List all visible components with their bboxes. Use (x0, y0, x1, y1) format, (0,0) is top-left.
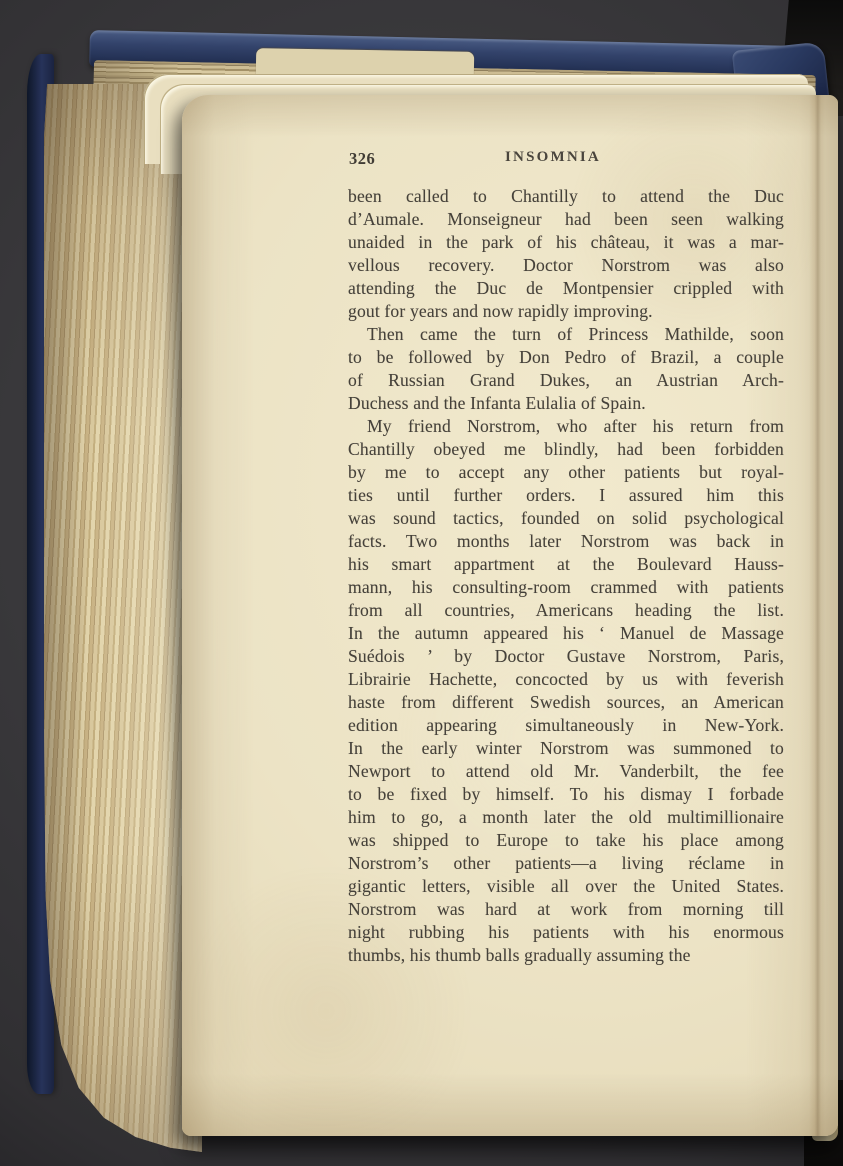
text-block: been called to Chantilly to attend the D… (348, 185, 784, 967)
text-line: to be fixed by himself. To his dismay I … (348, 783, 784, 806)
page-header: 326 INSOMNIA (348, 149, 784, 171)
text-line: Duchess and the Infanta Eulalia of Spain… (348, 392, 784, 415)
text-line: to be followed by Don Pedro of Brazil, a… (348, 346, 784, 369)
text-line: d’Aumale. Monseigneur had been seen walk… (348, 208, 784, 231)
text-line: Norstrom’s other patients—a living récla… (348, 852, 784, 875)
text-line: gout for years and now rapidly improving… (348, 300, 784, 323)
text-line: Newport to attend old Mr. Vanderbilt, th… (348, 760, 784, 783)
text-line: unaided in the park of his château, it w… (348, 231, 784, 254)
text-line: by me to accept any other patients but r… (348, 461, 784, 484)
paragraph: been called to Chantilly to attend the D… (348, 185, 784, 323)
text-line: Norstrom was hard at work from morning t… (348, 898, 784, 921)
text-line: Then came the turn of Princess Mathilde,… (348, 323, 784, 346)
text-line: edition appearing simultaneously in New-… (348, 714, 784, 737)
text-line: thumbs, his thumb balls gradually assumi… (348, 944, 784, 967)
paragraph: Then came the turn of Princess Mathilde,… (348, 323, 784, 415)
book-page: 326 INSOMNIA been called to Chantilly to… (182, 95, 838, 1136)
text-line: from all countries, Americans heading th… (348, 599, 784, 622)
text-line: ties until further orders. I assured him… (348, 484, 784, 507)
book-photo: 326 INSOMNIA been called to Chantilly to… (0, 0, 843, 1166)
text-line: Librairie Hachette, concocted by us with… (348, 668, 784, 691)
text-line: gigantic letters, visible all over the U… (348, 875, 784, 898)
text-line: facts. Two months later Norstrom was bac… (348, 530, 784, 553)
text-line: vellous recovery. Doctor Norstrom was al… (348, 254, 784, 277)
text-line: haste from different Swedish sources, an… (348, 691, 784, 714)
page-content: 326 INSOMNIA been called to Chantilly to… (348, 95, 784, 967)
text-line: was sound tactics, founded on solid psyc… (348, 507, 784, 530)
text-line: night rubbing his patients with his enor… (348, 921, 784, 944)
text-line: been called to Chantilly to attend the D… (348, 185, 784, 208)
text-line: In the early winter Norstrom was summone… (348, 737, 784, 760)
text-line: mann, his consulting-room crammed with p… (348, 576, 784, 599)
text-line: of Russian Grand Dukes, an Austrian Arch… (348, 369, 784, 392)
text-line: Suédois ’ by Doctor Gustave Norstrom, Pa… (348, 645, 784, 668)
text-line: My friend Norstrom, who after his return… (348, 415, 784, 438)
text-line: Chantilly obeyed me blindly, had been fo… (348, 438, 784, 461)
page-stack-left (44, 84, 202, 1152)
text-line: In the autumn appeared his ‘ Manuel de M… (348, 622, 784, 645)
text-line: attending the Duc de Montpensier cripple… (348, 277, 784, 300)
text-line: was shipped to Europe to take his place … (348, 829, 784, 852)
text-line: him to go, a month later the old multimi… (348, 806, 784, 829)
running-title: INSOMNIA (335, 149, 771, 166)
paragraph: My friend Norstrom, who after his return… (348, 415, 784, 967)
text-line: his smart appartment at the Boulevard Ha… (348, 553, 784, 576)
